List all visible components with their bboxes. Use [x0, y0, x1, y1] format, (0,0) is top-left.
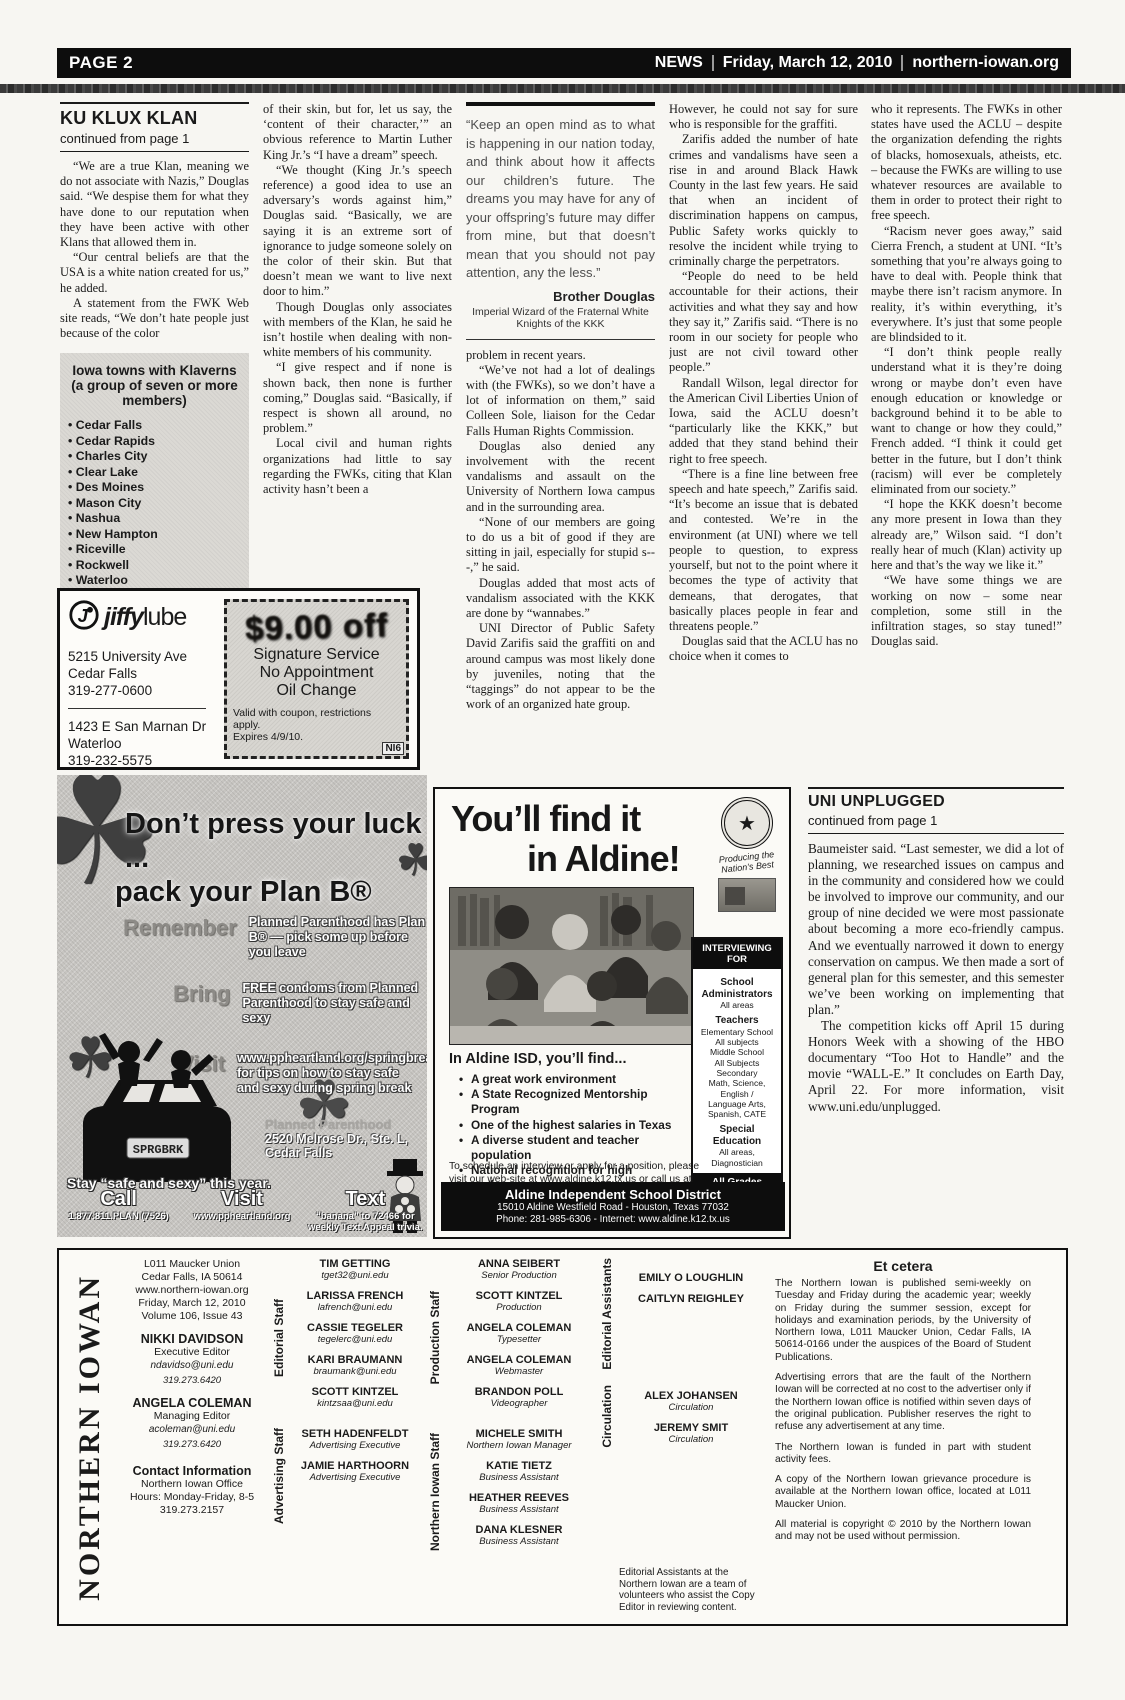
label: Visit: [180, 1188, 303, 1211]
jiffylube-brand: J jiffylube: [68, 599, 218, 636]
vertical-label-text: Advertising Staff: [272, 1428, 286, 1524]
masthead-info-line: L011 Maucker Union: [119, 1258, 265, 1271]
name: SETH HADENFELDT: [289, 1428, 421, 1440]
klaverns-town-list: Cedar FallsCedar RapidsCharles CityClear…: [68, 418, 241, 589]
role: Circulation: [617, 1434, 765, 1445]
masthead-editorial-column: Editorial Staff TIM GETTINGtget32@uni.ed…: [269, 1258, 421, 1616]
aldine-benefit: A diverse student and teacher population: [449, 1133, 699, 1163]
kkk-paragraph: “There is a fine line between free speec…: [669, 467, 858, 634]
page-header-bar: PAGE 2 NEWS Friday, March 12, 2010 north…: [57, 48, 1071, 78]
planb-row-remember: RememberPlanned Parenthood has Plan B® —…: [123, 915, 427, 960]
et-cetera-paragraph: The Northern Iowan is funded in part wit…: [775, 1442, 1031, 1467]
executive-editor-block: NIKKI DAVIDSON Executive Editor ndavidso…: [119, 1333, 265, 1387]
name: JAMIE HARTHOORN: [289, 1460, 421, 1472]
aldine-seal-text: Producing the Nation’s Best: [714, 849, 780, 876]
h: Teachers: [694, 1015, 780, 1027]
planb-headline-line1: Don’t press your luck ...: [125, 808, 422, 874]
name: KATIE TIETZ: [445, 1460, 593, 1472]
nameplate: NORTHERN IOWAN: [65, 1258, 115, 1616]
lines-line: Math, Science,: [694, 1078, 780, 1088]
aldine-find-heading: In Aldine ISD, you’ll find...: [449, 1051, 699, 1067]
label: Remember: [123, 915, 237, 941]
text: FREE condoms from Planned Parenthood to …: [242, 981, 422, 1026]
masthead-info-line: Cedar Falls, IA 50614: [119, 1271, 265, 1284]
masthead-info-line: Volume 106, Issue 43: [119, 1310, 265, 1323]
header-right: NEWS Friday, March 12, 2010 northern-iow…: [655, 54, 1059, 72]
role: tegelerc@uni.edu: [289, 1334, 421, 1345]
staff-member: CAITLYN REIGHLEY: [617, 1293, 765, 1305]
vertical-label-text: Northern Iowan Staff: [428, 1433, 442, 1551]
jiffylube-word-lube: lube: [143, 603, 186, 631]
ni-staff-label: Northern Iowan Staff: [425, 1428, 445, 1556]
person-phone: 319.273.6420: [119, 1374, 265, 1387]
lines-line: Spanish, CATE: [694, 1109, 780, 1119]
kkk-article-col4: However, he could not say for sure who i…: [669, 102, 858, 794]
license-plate-text: SPRGBRK: [133, 1143, 184, 1157]
name: SCOTT KINTZEL: [445, 1290, 593, 1302]
kkk-paragraph: “We have some things we are working on n…: [871, 573, 1062, 649]
staff-member: SCOTT KINTZELkintzsaa@uni.edu: [289, 1386, 421, 1409]
klavern-town: Riceville: [68, 542, 241, 558]
unplugged-paragraph: The competition kicks off April 15 durin…: [808, 1018, 1064, 1115]
aldine-district-address: 15010 Aldine Westfield Road - Houston, T…: [443, 1202, 783, 1214]
role: Videographer: [445, 1398, 593, 1409]
staff-member: SCOTT KINTZELProduction: [445, 1290, 593, 1313]
coupon-service-line: Signature Service: [233, 646, 400, 664]
planb-contact-item: Visitwww.ppheartland.org: [180, 1188, 303, 1233]
klavern-town: Cedar Falls: [68, 418, 241, 434]
klavern-town: Clear Lake: [68, 465, 241, 481]
jiffylube-logo-icon: J: [68, 599, 100, 636]
role: Business Assistant: [445, 1472, 593, 1483]
person-email: ndavidso@uni.edu: [119, 1359, 265, 1372]
jiffylube-location-1: 5215 University AveCedar Falls319-277-06…: [68, 648, 218, 699]
name: SCOTT KINTZEL: [289, 1386, 421, 1398]
aldine-seal-icon: ★: [721, 797, 773, 849]
kkk-paragraph: problem in recent years.: [466, 348, 655, 363]
text: “banana” to 72466 for weekly Text Appeal…: [304, 1211, 427, 1233]
kkk-headline-block: KU KLUX KLAN continued from page 1: [60, 102, 249, 152]
planb-contact-row: Call1.877.811.PLAN (7526)Visitwww.pphear…: [57, 1188, 427, 1233]
klavern-town: Mason City: [68, 496, 241, 512]
planb-contact-item: Call1.877.811.PLAN (7526): [57, 1188, 180, 1233]
person-name: NIKKI DAVIDSON: [119, 1333, 265, 1346]
kkk-paragraph: “I give respect and if none is shown bac…: [263, 360, 452, 436]
role: braumank@uni.edu: [289, 1366, 421, 1377]
aldine-building-photo: [718, 878, 776, 912]
aldine-headline: You’ll find it in Aldine!: [451, 799, 680, 879]
coupon-conditions: Valid with coupon, restrictions apply.: [233, 707, 371, 731]
role: Northern Iowan Manager: [445, 1440, 593, 1451]
interviewing-section: TeachersElementary SchoolAll subjectsMid…: [694, 1015, 780, 1119]
interviewing-sections: School AdministratorsAll areasTeachersEl…: [693, 969, 781, 1173]
contact-line: 319.273.2157: [119, 1504, 265, 1517]
vertical-label-text: Circulation: [600, 1385, 614, 1448]
kkk-article-col2: of their skin, but for, let us say, the …: [263, 102, 452, 584]
coupon-fine-print: Valid with coupon, restrictions apply. E…: [233, 707, 400, 743]
et-cetera-column: Et cetera The Northern Iowan is publishe…: [769, 1258, 1037, 1616]
contact-info-block: Contact Information Northern Iowan Offic…: [119, 1465, 265, 1517]
klavern-town: Des Moines: [68, 480, 241, 496]
name: TIM GETTING: [289, 1258, 421, 1270]
staff-member: KARI BRAUMANNbraumank@uni.edu: [289, 1354, 421, 1377]
jiffylube-ad-left: J jiffylube 5215 University AveCedar Fal…: [68, 599, 218, 759]
staff-member: ANNA SEIBERTSenior Production: [445, 1258, 593, 1281]
kkk-col1-text: “We are a true Klan, meaning we do not a…: [60, 159, 249, 341]
label: Call: [57, 1188, 180, 1211]
unplugged-paragraph: Baumeister said. “Last semester, we did …: [808, 841, 1064, 1018]
spacer: [597, 1464, 765, 1567]
pull-quote-author-title: Imperial Wizard of the Fraternal White K…: [466, 306, 655, 331]
lines-line: All areas,: [694, 1147, 780, 1157]
text: www.ppheartland.org: [180, 1211, 303, 1222]
kkk-paragraph: “We are a true Klan, meaning we do not a…: [60, 159, 249, 250]
coupon-service-lines: Signature ServiceNo AppointmentOil Chang…: [233, 646, 400, 700]
circulation-label: Circulation: [597, 1380, 617, 1454]
masthead-production-column: Production Staff ANNA SEIBERTSenior Prod…: [425, 1258, 593, 1616]
jiffylube-coupon: $9.00 off Signature ServiceNo Appointmen…: [224, 599, 409, 759]
klavern-town: Charles City: [68, 449, 241, 465]
header-divider: [712, 55, 714, 71]
staff-member: KATIE TIETZBusiness Assistant: [445, 1460, 593, 1483]
circulation-group: Circulation ALEX JOHANSENCirculationJERE…: [597, 1380, 765, 1454]
kkk-col2-text: of their skin, but for, let us say, the …: [263, 102, 452, 497]
newspaper-page: PAGE 2 NEWS Friday, March 12, 2010 north…: [0, 0, 1125, 1700]
masthead-info-line: Friday, March 12, 2010: [119, 1297, 265, 1310]
planb-headline: Don’t press your luck ... pack your Plan…: [125, 807, 427, 909]
person-email: acoleman@uni.edu: [119, 1423, 265, 1436]
staff-member: ALEX JOHANSENCirculation: [617, 1390, 765, 1413]
role: tget32@uni.edu: [289, 1270, 421, 1281]
name: DANA KLESNER: [445, 1524, 593, 1536]
name: CASSIE TEGELER: [289, 1322, 421, 1334]
role: Business Assistant: [445, 1504, 593, 1515]
et-cetera-paragraphs: The Northern Iowan is published semi-wee…: [775, 1278, 1031, 1544]
name: BRANDON POLL: [445, 1386, 593, 1398]
aldine-benefit: A great work environment: [449, 1072, 699, 1087]
h: Special Education: [694, 1124, 780, 1147]
person-role: Managing Editor: [119, 1410, 265, 1423]
lines-line: Secondary: [694, 1068, 780, 1078]
name: ANNA SEIBERT: [445, 1258, 593, 1270]
planb-row-bring: BringFREE condoms from Planned Parenthoo…: [173, 981, 422, 1026]
person-role: Executive Editor: [119, 1346, 265, 1359]
unplugged-article: UNI UNPLUGGED continued from page 1 Baum…: [808, 787, 1064, 1239]
staff-member: ANGELA COLEMANWebmaster: [445, 1354, 593, 1377]
planb-org-block: Planned Parenthood 2520 Melrose Dr., Ste…: [265, 1117, 408, 1160]
editorial-assistants-group: Editorial Assistants EMILY O LOUGHLINCAI…: [597, 1258, 765, 1370]
klavern-town: Rockwell: [68, 558, 241, 574]
role: Advertising Executive: [289, 1440, 421, 1451]
kkk-paragraph: “Our central beliefs are that the USA is…: [60, 250, 249, 296]
kkk-col4-text: However, he could not say for sure who i…: [669, 102, 858, 665]
planb-headline-line2: pack your Plan B®: [115, 875, 427, 909]
editorial-staff-group: Editorial Staff TIM GETTINGtget32@uni.ed…: [269, 1258, 421, 1418]
unplugged-headline-block: UNI UNPLUGGED continued from page 1: [808, 787, 1064, 834]
pull-quote-author: Brother Douglas: [466, 289, 655, 304]
managing-editor-block: ANGELA COLEMAN Managing Editor acoleman@…: [119, 1397, 265, 1451]
kkk-article-col1: KU KLUX KLAN continued from page 1 “We a…: [60, 102, 249, 594]
staff-member: MICHELE SMITHNorthern Iowan Manager: [445, 1428, 593, 1451]
editorial-assistants-label: Editorial Assistants: [597, 1258, 617, 1370]
role: Senior Production: [445, 1270, 593, 1281]
kkk-paragraph: Randall Wilson, legal director for the A…: [669, 376, 858, 467]
coupon-service-line: No Appointment: [233, 664, 400, 682]
et-cetera-paragraph: All material is copyright © 2010 by the …: [775, 1519, 1031, 1544]
coupon-service-line: Oil Change: [233, 682, 400, 700]
interviewing-section: School AdministratorsAll areas: [694, 977, 780, 1010]
lines-line: All areas: [694, 1000, 780, 1010]
masthead-info-line: www.northern-iowan.org: [119, 1284, 265, 1297]
name: ANGELA COLEMAN: [445, 1322, 593, 1334]
aldine-headline-line2: in Aldine!: [527, 839, 680, 879]
staff-member: HEATHER REEVESBusiness Assistant: [445, 1492, 593, 1515]
text: Planned Parenthood has Plan B® — pick so…: [249, 915, 427, 960]
interviewing-section: Special EducationAll areas,Diagnostician: [694, 1124, 780, 1168]
name: LARISSA FRENCH: [289, 1290, 421, 1302]
volunteers-note: Editorial Assistants at the Northern Iow…: [597, 1567, 765, 1616]
role: lafrench@uni.edu: [289, 1302, 421, 1313]
et-cetera-title: Et cetera: [775, 1258, 1031, 1274]
kkk-continued-note: continued from page 1: [60, 131, 249, 146]
name: HEATHER REEVES: [445, 1492, 593, 1504]
kkk-paragraph: Douglas added that most acts of vandalis…: [466, 576, 655, 622]
kkk-paragraph: However, he could not say for sure who i…: [669, 102, 858, 132]
lines-line: Middle School: [694, 1047, 780, 1057]
staff-member: JEREMY SMITCirculation: [617, 1422, 765, 1445]
jiffylube-location-2: 1423 E San Marnan DrWaterloo319-232-5575: [68, 718, 218, 769]
role: Advertising Executive: [289, 1472, 421, 1483]
kkk-headline: KU KLUX KLAN: [60, 108, 249, 129]
et-cetera-paragraph: Advertising errors that are the fault of…: [775, 1372, 1031, 1433]
role: kintzsaa@uni.edu: [289, 1398, 421, 1409]
text: www.ppheartland.org/springbreak for tips…: [237, 1051, 417, 1096]
contact-lines: Northern Iowan OfficeHours: Monday-Frida…: [119, 1478, 265, 1517]
name: KARI BRAUMANN: [289, 1354, 421, 1366]
staff-member: SETH HADENFELDTAdvertising Executive: [289, 1428, 421, 1451]
planb-address-line: 2520 Melrose Dr., Ste. L,: [265, 1132, 408, 1146]
kkk-paragraph: Zarifis added the number of hate crimes …: [669, 132, 858, 269]
kkk-paragraph: Local civil and human rights organizatio…: [263, 436, 452, 497]
aldine-students-photo: [449, 887, 694, 1045]
jiffylube-word-jiffy: jiffy: [104, 603, 143, 631]
header-date: Friday, March 12, 2010: [723, 54, 893, 72]
jiffylube-address-line: Waterloo: [68, 735, 218, 752]
kkk-paragraph: “People do need to be held accountable f…: [669, 269, 858, 375]
unplugged-continued-note: continued from page 1: [808, 813, 1064, 828]
editorial-staff-list: TIM GETTINGtget32@uni.eduLARISSA FRENCHl…: [289, 1258, 421, 1418]
contact-heading: Contact Information: [119, 1465, 265, 1478]
vertical-label-text: Editorial Staff: [272, 1299, 286, 1377]
role: Business Assistant: [445, 1536, 593, 1547]
circulation-list: ALEX JOHANSENCirculationJEREMY SMITCircu…: [617, 1380, 765, 1454]
pull-quote-text: “Keep an open mind as to what is happeni…: [466, 116, 655, 283]
car-silhouette: SPRGBRK: [63, 1030, 253, 1187]
kkk-paragraph: “We’ve not had a lot of dealings with (t…: [466, 363, 655, 439]
jiffylube-ad: J jiffylube 5215 University AveCedar Fal…: [57, 588, 420, 770]
staff-member: LARISSA FRENCHlafrench@uni.edu: [289, 1290, 421, 1313]
aldine-district-name: Aldine Independent School District: [443, 1187, 783, 1202]
lines-line: English /: [694, 1089, 780, 1099]
person-name: ANGELA COLEMAN: [119, 1397, 265, 1410]
label: Text: [304, 1188, 427, 1211]
lines-line: Elementary School: [694, 1027, 780, 1037]
production-staff-list: ANNA SEIBERTSenior ProductionSCOTT KINTZ…: [445, 1258, 593, 1418]
kkk-paragraph: “Racism never goes away,” said Cierra Fr…: [871, 224, 1062, 346]
name: CAITLYN REIGHLEY: [617, 1293, 765, 1305]
unplugged-text: Baumeister said. “Last semester, we did …: [808, 841, 1064, 1115]
masthead-assistants-column: Editorial Assistants EMILY O LOUGHLINCAI…: [597, 1258, 765, 1616]
pull-quote: “Keep an open mind as to what is happeni…: [466, 102, 655, 340]
kkk-paragraph: “We thought (King Jr.’s speech reference…: [263, 163, 452, 300]
ni-staff-group: Northern Iowan Staff MICHELE SMITHNorthe…: [425, 1428, 593, 1556]
header-divider: [901, 55, 903, 71]
kkk-article-col5: who it represents. The FWKs in other sta…: [871, 102, 1062, 778]
lines-line: All subjects: [694, 1037, 780, 1047]
coupon-code: NI6: [382, 742, 404, 755]
staff-member: ANGELA COLEMANTypesetter: [445, 1322, 593, 1345]
ni-staff-list: MICHELE SMITHNorthern Iowan ManagerKATIE…: [445, 1428, 593, 1556]
coupon-expiry: Expires 4/9/10.: [233, 731, 303, 743]
kkk-paragraph: Douglas also denied any involvement with…: [466, 439, 655, 515]
name: ALEX JOHANSEN: [617, 1390, 765, 1402]
contact-line: Hours: Monday-Friday, 8-5: [119, 1491, 265, 1504]
jiffylube-address-line: 319-232-5575: [68, 752, 218, 769]
person-phone: 319.273.6420: [119, 1438, 265, 1451]
vertical-label-text: Editorial Assistants: [600, 1258, 614, 1370]
name: JEREMY SMIT: [617, 1422, 765, 1434]
aldine-benefit: One of the highest salaries in Texas: [449, 1118, 699, 1133]
advertising-staff-label: Advertising Staff: [269, 1428, 289, 1524]
kkk-paragraph: “None of our members are going to do us …: [466, 515, 655, 576]
staff-member: BRANDON POLLVideographer: [445, 1386, 593, 1409]
staff-member: CASSIE TEGELERtegelerc@uni.edu: [289, 1322, 421, 1345]
page-number: PAGE 2: [69, 53, 133, 73]
advertising-staff-group: Advertising Staff SETH HADENFELDTAdverti…: [269, 1428, 421, 1524]
aldine-interviewing-sidebar: INTERVIEWING FOR School AdministratorsAl…: [691, 937, 783, 1217]
kkk-article-col3: “Keep an open mind as to what is happeni…: [466, 102, 655, 794]
coupon-offer: $9.00 off: [233, 606, 401, 648]
klavern-town: Waterloo: [68, 573, 241, 589]
kkk-col5-text: who it represents. The FWKs in other sta…: [871, 102, 1062, 649]
staff-member: TIM GETTINGtget32@uni.edu: [289, 1258, 421, 1281]
role: Circulation: [617, 1402, 765, 1413]
h: School Administrators: [694, 977, 780, 1000]
lines-line: All Subjects: [694, 1058, 780, 1068]
decorative-rule-strip: [0, 84, 1125, 93]
editorial-staff-label: Editorial Staff: [269, 1258, 289, 1418]
kkk-paragraph: UNI Director of Public Safety David Zari…: [466, 621, 655, 712]
staff-member: JAMIE HARTHOORNAdvertising Executive: [289, 1460, 421, 1483]
aldine-footer-bar: Aldine Independent School District 15010…: [441, 1182, 785, 1231]
planned-parenthood-logo-text: Planned Parenthood: [265, 1117, 408, 1132]
klavern-town: Nashua: [68, 511, 241, 527]
staff-member: DANA KLESNERBusiness Assistant: [445, 1524, 593, 1547]
aldine-benefit: A State Recognized Mentorship Program: [449, 1087, 699, 1117]
contact-line: Northern Iowan Office: [119, 1478, 265, 1491]
klaverns-box-title: Iowa towns with Klaverns (a group of sev…: [68, 363, 241, 408]
production-staff-group: Production Staff ANNA SEIBERTSenior Prod…: [425, 1258, 593, 1418]
role: Production: [445, 1302, 593, 1313]
kkk-paragraph: Though Douglas only associates with memb…: [263, 300, 452, 361]
kkk-paragraph: A statement from the FWK Web site reads,…: [60, 296, 249, 342]
aldine-seal: ★ Producing the Nation’s Best: [715, 797, 779, 912]
jiffylube-wordmark: jiffylube: [104, 603, 186, 632]
nameplate-text: NORTHERN IOWAN: [73, 1274, 107, 1601]
masthead: NORTHERN IOWAN L011 Maucker UnionCedar F…: [57, 1248, 1068, 1626]
aldine-ad: You’ll find it in Aldine! ★ Producing th…: [433, 787, 791, 1239]
kkk-col3-text: problem in recent years.“We’ve not had a…: [466, 348, 655, 713]
jiffylube-divider: [68, 708, 206, 709]
masthead-info-column: L011 Maucker UnionCedar Falls, IA 50614w…: [119, 1258, 265, 1616]
role: Typesetter: [445, 1334, 593, 1345]
vertical-label-text: Production Staff: [428, 1291, 442, 1384]
kkk-paragraph: “I don’t think people really understand …: [871, 345, 1062, 497]
name: ANGELA COLEMAN: [445, 1354, 593, 1366]
planb-contact-item: Text“banana” to 72466 for weekly Text Ap…: [304, 1188, 427, 1233]
section-label: NEWS: [655, 54, 703, 72]
planned-parenthood-ad: ☘ ☘ ☘ ☘ Don’t press your luck ... pack y…: [57, 775, 427, 1237]
klavern-town: Cedar Rapids: [68, 434, 241, 450]
production-staff-label: Production Staff: [425, 1258, 445, 1418]
name: MICHELE SMITH: [445, 1428, 593, 1440]
unplugged-headline: UNI UNPLUGGED: [808, 793, 1064, 811]
lines-line: Language Arts,: [694, 1099, 780, 1109]
kkk-paragraph: who it represents. The FWKs in other sta…: [871, 102, 1062, 224]
advertising-staff-list: SETH HADENFELDTAdvertising ExecutiveJAMI…: [289, 1428, 421, 1524]
jiffylube-address-line: 1423 E San Marnan Dr: [68, 718, 218, 735]
header-site: northern-iowan.org: [912, 54, 1059, 72]
interviewing-for-header: INTERVIEWING FOR: [693, 939, 781, 969]
name: EMILY O LOUGHLIN: [617, 1272, 765, 1284]
aldine-headline-line1: You’ll find it: [451, 798, 640, 839]
text: 1.877.811.PLAN (7526): [57, 1211, 180, 1222]
klaverns-info-box: Iowa towns with Klaverns (a group of sev…: [60, 353, 249, 594]
jiffylube-address-line: 5215 University Ave: [68, 648, 218, 665]
editorial-assistants-list: EMILY O LOUGHLINCAITLYN REIGHLEY: [617, 1258, 765, 1370]
staff-member: EMILY O LOUGHLIN: [617, 1272, 765, 1284]
kkk-paragraph: “I hope the KKK doesn’t become any more …: [871, 497, 1062, 573]
label: Bring: [173, 981, 230, 1007]
klavern-town: New Hampton: [68, 527, 241, 543]
jiffylube-address-line: Cedar Falls: [68, 665, 218, 682]
kkk-paragraph: of their skin, but for, let us say, the …: [263, 102, 452, 163]
masthead-address: L011 Maucker UnionCedar Falls, IA 50614w…: [119, 1258, 265, 1323]
role: Webmaster: [445, 1366, 593, 1377]
kkk-paragraph: Douglas said that the ACLU has no choice…: [669, 634, 858, 664]
aldine-district-phone: Phone: 281-985-6306 - Internet: www.aldi…: [443, 1214, 783, 1226]
et-cetera-paragraph: A copy of the Northern Iowan grievance p…: [775, 1474, 1031, 1511]
et-cetera-paragraph: The Northern Iowan is published semi-wee…: [775, 1278, 1031, 1364]
svg-text:J: J: [78, 605, 89, 626]
lines-line: Diagnostician: [694, 1158, 780, 1168]
jiffylube-address-line: 319-277-0600: [68, 682, 218, 699]
